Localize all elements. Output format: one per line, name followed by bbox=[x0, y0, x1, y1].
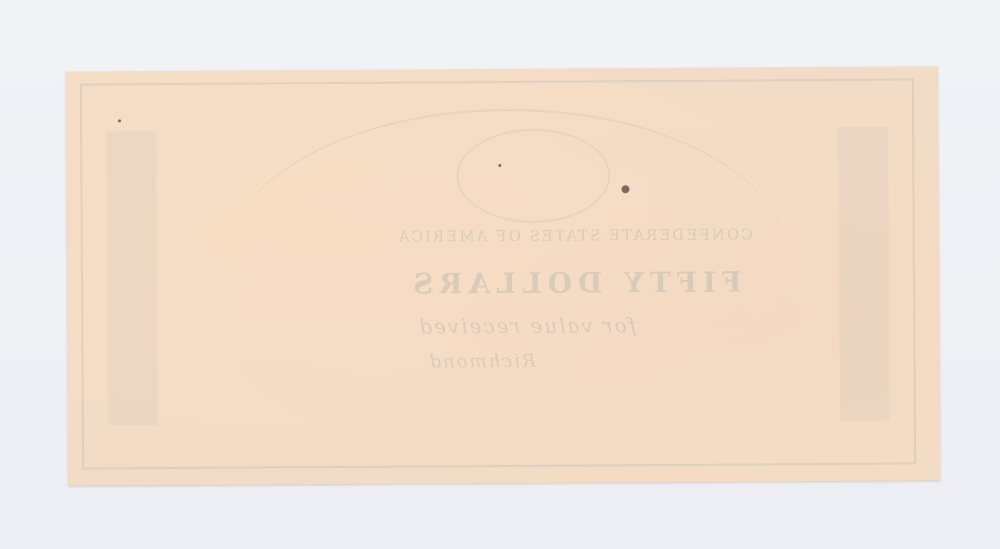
central-vignette bbox=[456, 128, 611, 223]
left-vignette bbox=[106, 131, 158, 425]
paper-spot bbox=[621, 185, 629, 193]
banknote-reverse: CONFEDERATE STATES OF AMERICA FIFTY DOLL… bbox=[66, 66, 941, 485]
show-through-denomination: FIFTY DOLLARS bbox=[407, 266, 742, 301]
paper-speck bbox=[498, 164, 501, 167]
show-through-line-3: for value received bbox=[417, 313, 636, 338]
paper-speck bbox=[118, 119, 121, 122]
right-vignette bbox=[838, 127, 890, 421]
show-through-line-1: CONFEDERATE STATES OF AMERICA bbox=[397, 225, 753, 245]
show-through-line-4: Richmond bbox=[427, 351, 535, 373]
